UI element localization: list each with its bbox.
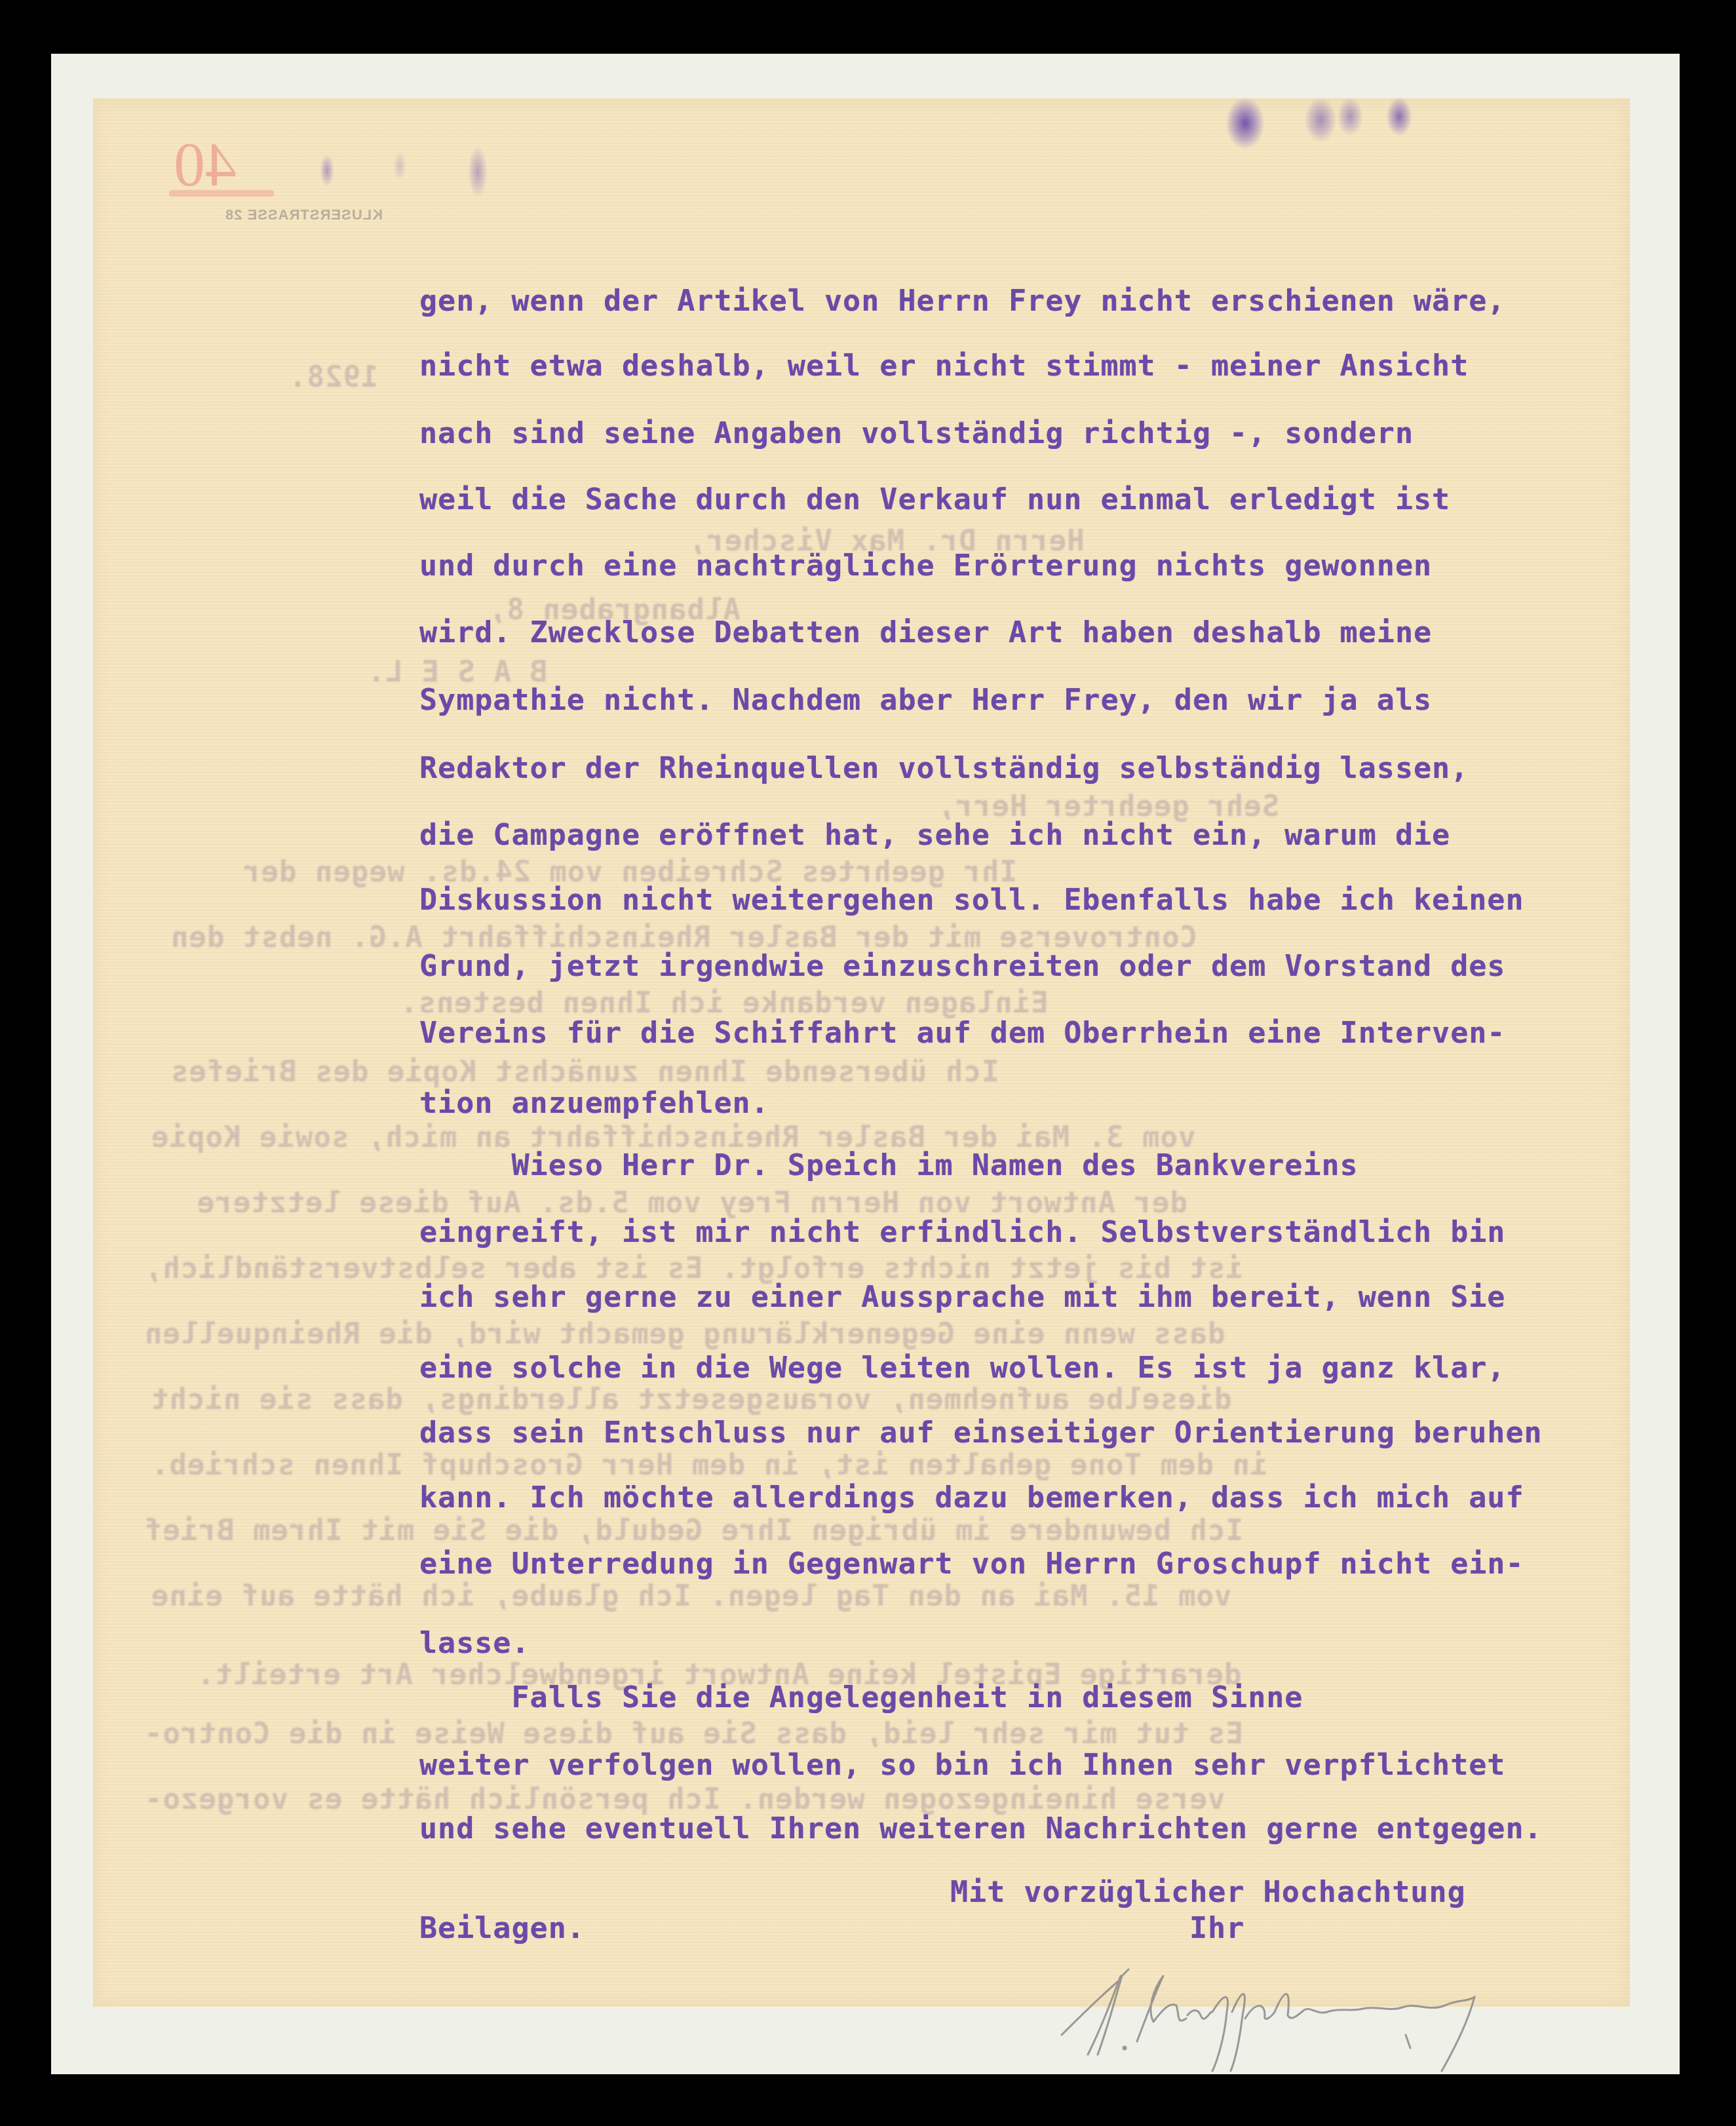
ink-blot [320,154,334,187]
body-line: eingreift, ist mir nicht erfindlich. Sel… [419,1214,1505,1249]
enclosures-label: Beilagen. [419,1910,585,1945]
bleed-text: Es tut mir sehr leid, dass Sie auf diese… [144,1717,1243,1750]
body-line: eine solche in die Wege leiten wollen. E… [419,1350,1505,1385]
closing-salutation: Mit vorzüglicher Hochachtung [950,1874,1466,1909]
ink-blot [468,145,488,198]
bleed-text: 1928. [288,360,378,394]
body-line: Falls Sie die Angelegenheit in diesem Si… [419,1680,1303,1714]
body-line: weiter verfolgen wollen, so bin ich Ihne… [419,1747,1505,1782]
body-line: eine Unterredung in Gegenwart von Herrn … [419,1546,1524,1581]
bleed-text: Ich übersende Ihnen zunächst Kopie des B… [170,1055,999,1089]
ink-blot [1304,97,1337,143]
body-line: nicht etwa deshalb, weil er nicht stimmt… [419,348,1469,383]
body-line: tion anzuempfehlen. [419,1085,769,1120]
handwritten-signature [1049,1950,1573,2081]
body-line: lasse. [419,1625,530,1660]
body-line: wird. Zwecklose Debatten dieser Art habe… [419,615,1432,649]
body-line: Wieso Herr Dr. Speich im Namen des Bankv… [419,1148,1359,1182]
body-line: Diskussion nicht weitergehen soll. Ebenf… [419,882,1524,917]
body-line: weil die Sache durch den Verkauf nun ein… [419,482,1450,516]
bleed-text: Ich bewundere im übrigen Ihre Geduld, di… [144,1514,1243,1547]
bleed-text: vom 15. Mai an den Tag legen. Ich glaube… [151,1579,1231,1613]
body-line: Vereins für die Schiffahrt auf dem Oberr… [419,1015,1505,1050]
body-line: nach sind seine Angaben vollständig rich… [419,416,1414,450]
ink-blot [1225,97,1265,149]
bleed-text: dieselbe aufnehmen, vorausgesetzt allerd… [151,1383,1231,1416]
ink-blot [1386,97,1412,136]
body-line: Redaktor der Rheinquellen vollständig se… [419,750,1469,785]
ink-blot [1337,97,1363,136]
body-line: kann. Ich möchte allerdings dazu bemerke… [419,1480,1524,1515]
body-line: die Campagne eröffnet hat, sehe ich nich… [419,817,1450,852]
body-line: gen, wenn der Artikel von Herrn Frey nic… [419,283,1505,318]
body-line: dass sein Entschluss nur auf einseitiger… [419,1415,1543,1450]
letterhead-address: KLUSERSTRASSE 28 [225,206,383,223]
bleed-text: dass wenn eine Gegenerklärung gemacht wi… [144,1317,1225,1351]
ink-blot [393,151,406,180]
body-line: Grund, jetzt irgendwie einzuschreiten od… [419,948,1505,983]
body-line: und durch eine nachträgliche Erörterung … [419,548,1432,583]
body-line: und sehe eventuell Ihren weiteren Nachri… [419,1811,1543,1846]
stamp-underline [169,190,274,197]
bleed-text: in dem Tone gehalten ist, in dem Herr Gr… [151,1448,1267,1482]
body-line: Sympathie nicht. Nachdem aber Herr Frey,… [419,682,1432,717]
closing-ihr: Ihr [1189,1910,1244,1945]
body-line: ich sehr gerne zu einer Aussprache mit i… [419,1279,1505,1314]
